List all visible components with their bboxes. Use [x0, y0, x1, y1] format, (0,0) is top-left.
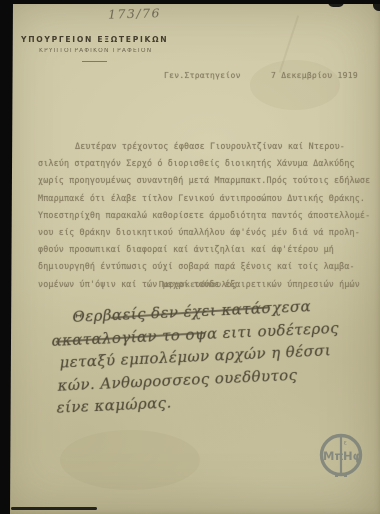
- body-line: Δευτέραν τρέχοντος έφθασε Γιουρουλτζίναν…: [38, 138, 360, 155]
- document-date: 7 Δεκεμβρίου 1919: [271, 71, 358, 80]
- stamp-top-mark: ε: [344, 439, 348, 447]
- body-line: δημιουργηθή έντύπωσις ούχί σοβαρά παρά ξ…: [38, 258, 360, 275]
- stamp-monogram-left: Μπ: [323, 449, 344, 463]
- scan-mark: [11, 507, 97, 510]
- body-line: Υποεστηρίχθη παρακαλώ καθορίσετε άρμοδιό…: [38, 207, 360, 224]
- body-line: Μπαρμπακέ ότι έλαβε τίτλον Γενικού άντιπ…: [38, 190, 360, 207]
- scan-mark: [373, 0, 380, 11]
- scan-border-top: [0, 0, 380, 4]
- body-line: σιλεύη στρατηγόν Σερχό ό διορισθείς διοι…: [38, 155, 360, 172]
- signature: Παρασκευόπουλος: [38, 280, 358, 289]
- handwritten-note: Θερβαείς δεν έχει κατάσχεσα ακαταλογίαν …: [50, 294, 347, 420]
- typed-body: Δευτέραν τρέχοντος έφθασε Γιουρουλτζίναν…: [38, 138, 360, 293]
- letterhead-ministry: ΥΠΟΥΡΓΕΙΟΝ ΕΞΩΤΕΡΙΚΩΝ: [21, 35, 168, 44]
- stamp-monogram-right: Ηφ: [343, 449, 362, 463]
- body-line: χωρίς προηγουμένως συναντηθή μετά Μπαρμπ…: [38, 172, 360, 189]
- scanned-document: 173/76 ΥΠΟΥΡΓΕΙΟΝ ΕΞΩΤΕΡΙΚΩΝ ΚΡΥΠΤΟΓΡΑΦΙ…: [0, 0, 380, 514]
- archive-number: 173/76: [108, 5, 161, 21]
- letterhead-rule: [82, 61, 107, 62]
- archive-stamp-icon: Μπ Ηφ ε: [317, 431, 365, 479]
- body-line: φθούν προσωπικαί διαφοραί καί άντιζηλίαι…: [38, 241, 360, 258]
- origin-location: Γεν.Στρατηγείον: [164, 71, 241, 80]
- letterhead-office: ΚΡΥΠΤΟΓΡΑΦΙΚΟΝ ΓΡΑΦΕΙΟΝ: [39, 48, 152, 54]
- body-line: νου είς Θράκην διοικητικού ύπαλλήλου άφ'…: [38, 224, 360, 241]
- scan-mark: [328, 0, 344, 7]
